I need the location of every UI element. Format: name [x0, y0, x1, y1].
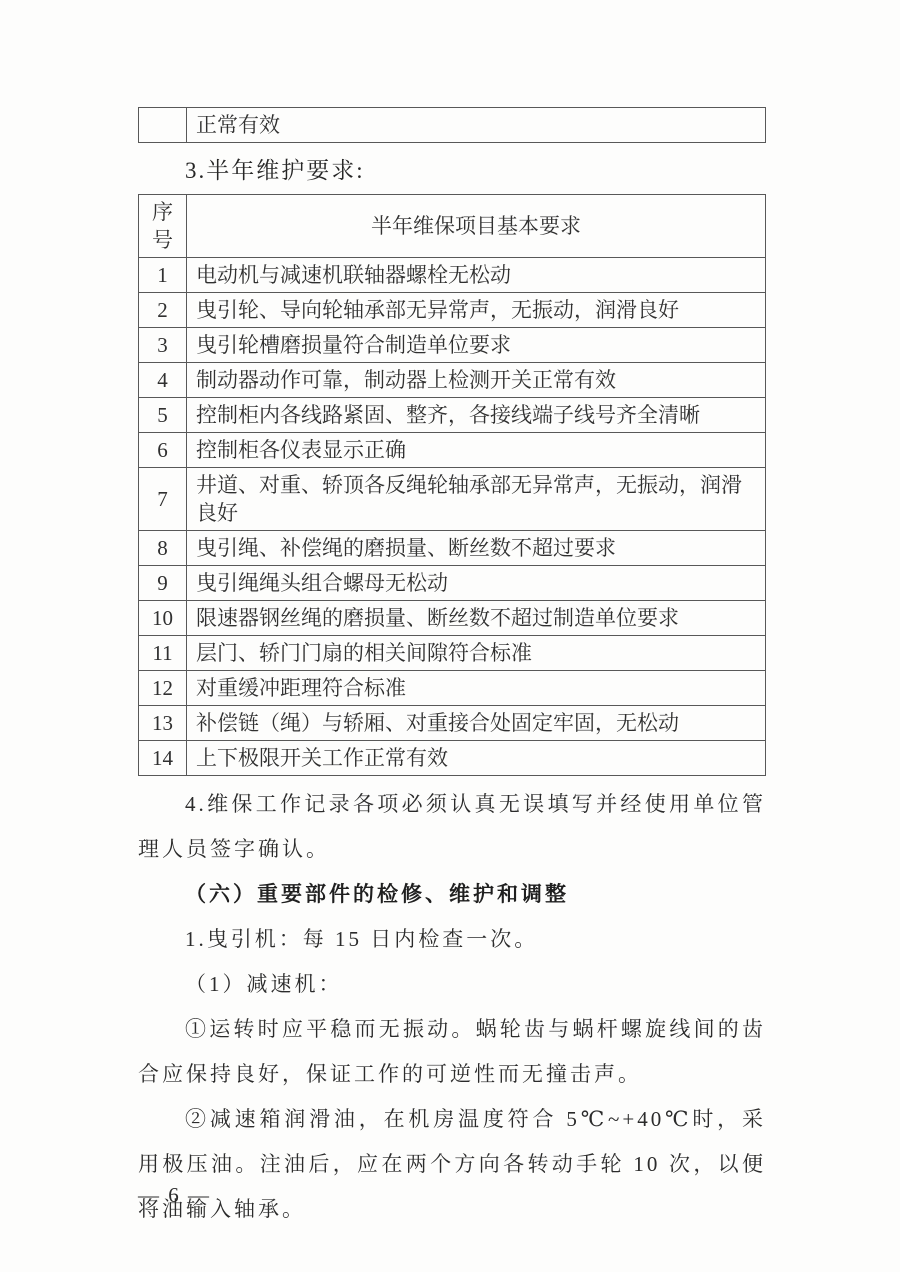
paragraph-item-2: ②减速箱润滑油，在机房温度符合 5℃~+40℃时，采用极压油。注油后，应在两个方… — [138, 1097, 766, 1232]
row-requirement: 层门、轿门门扇的相关间隙符合标准 — [187, 636, 766, 671]
row-number: 6 — [139, 433, 187, 468]
row-number: 4 — [139, 363, 187, 398]
header-requirement: 半年维保项目基本要求 — [187, 195, 766, 258]
row-requirement: 控制柜内各线路紧固、整齐，各接线端子线号齐全清晰 — [187, 398, 766, 433]
table-row: 3 曳引轮槽磨损量符合制造单位要求 — [139, 328, 766, 363]
table-row: 11 层门、轿门门扇的相关间隙符合标准 — [139, 636, 766, 671]
table-row: 9 曳引绳绳头组合螺母无松动 — [139, 566, 766, 601]
row-requirement: 控制柜各仪表显示正确 — [187, 433, 766, 468]
table-row: 5 控制柜内各线路紧固、整齐，各接线端子线号齐全清晰 — [139, 398, 766, 433]
row-number: 10 — [139, 601, 187, 636]
row-number: 5 — [139, 398, 187, 433]
row-number: 8 — [139, 531, 187, 566]
row-requirement: 曳引绳、补偿绳的磨损量、断丝数不超过要求 — [187, 531, 766, 566]
row-requirement: 上下极限开关工作正常有效 — [187, 741, 766, 776]
row-number: 7 — [139, 468, 187, 531]
row-number: 13 — [139, 706, 187, 741]
carryover-row: 正常有效 — [139, 108, 766, 143]
row-requirement: 井道、对重、轿顶各反绳轮轴承部无异常声，无振动，润滑良好 — [187, 468, 766, 531]
carryover-text-cell: 正常有效 — [187, 108, 766, 143]
section-heading: 3.半年维护要求: — [138, 143, 766, 194]
table-row: 6 控制柜各仪表显示正确 — [139, 433, 766, 468]
table-row: 2 曳引轮、导向轮轴承部无异常声，无振动，润滑良好 — [139, 293, 766, 328]
header-number: 序号 — [139, 195, 187, 258]
row-requirement: 电动机与减速机联轴器螺栓无松动 — [187, 258, 766, 293]
table-row: 12 对重缓冲距理符合标准 — [139, 671, 766, 706]
row-number: 3 — [139, 328, 187, 363]
row-requirement: 曳引绳绳头组合螺母无松动 — [187, 566, 766, 601]
requirements-table: 序号 半年维保项目基本要求 1 电动机与减速机联轴器螺栓无松动 2 曳引轮、导向… — [138, 194, 766, 776]
table-header-row: 序号 半年维保项目基本要求 — [139, 195, 766, 258]
row-requirement: 限速器钢丝绳的磨损量、断丝数不超过制造单位要求 — [187, 601, 766, 636]
page-content: 正常有效 3.半年维护要求: 序号 半年维保项目基本要求 1 电动机与减速机联轴… — [138, 107, 766, 1232]
row-number: 9 — [139, 566, 187, 601]
paragraph-reducer-label: （1）减速机： — [138, 962, 766, 1007]
carryover-table: 正常有效 — [138, 107, 766, 143]
row-requirement: 曳引轮、导向轮轴承部无异常声，无振动，润滑良好 — [187, 293, 766, 328]
table-row: 10 限速器钢丝绳的磨损量、断丝数不超过制造单位要求 — [139, 601, 766, 636]
table-row: 14 上下极限开关工作正常有效 — [139, 741, 766, 776]
table-row: 7 井道、对重、轿顶各反绳轮轴承部无异常声，无振动，润滑良好 — [139, 468, 766, 531]
table-row: 13 补偿链（绳）与轿厢、对重接合处固定牢固，无松动 — [139, 706, 766, 741]
row-requirement: 补偿链（绳）与轿厢、对重接合处固定牢固，无松动 — [187, 706, 766, 741]
table-row: 8 曳引绳、补偿绳的磨损量、断丝数不超过要求 — [139, 531, 766, 566]
table-row: 4 制动器动作可靠，制动器上检测开关正常有效 — [139, 363, 766, 398]
body-text: 4.维保工作记录各项必须认真无误填写并经使用单位管理人员签字确认。 （六）重要部… — [138, 782, 766, 1232]
row-number: 2 — [139, 293, 187, 328]
row-requirement: 曳引轮槽磨损量符合制造单位要求 — [187, 328, 766, 363]
paragraph-traction-machine: 1.曳引机：每 15 日内检查一次。 — [138, 917, 766, 962]
row-requirement: 制动器动作可靠，制动器上检测开关正常有效 — [187, 363, 766, 398]
row-number: 12 — [139, 671, 187, 706]
page-number: — 6 — — [138, 1183, 211, 1208]
heading-section-six: （六）重要部件的检修、维护和调整 — [138, 872, 766, 917]
row-requirement: 对重缓冲距理符合标准 — [187, 671, 766, 706]
document-page: 正常有效 3.半年维护要求: 序号 半年维保项目基本要求 1 电动机与减速机联轴… — [0, 0, 900, 1272]
table-row: 1 电动机与减速机联轴器螺栓无松动 — [139, 258, 766, 293]
row-number: 14 — [139, 741, 187, 776]
paragraph-item-1: ①运转时应平稳而无振动。蜗轮齿与蜗杆螺旋线间的齿合应保持良好，保证工作的可逆性而… — [138, 1007, 766, 1097]
row-number: 1 — [139, 258, 187, 293]
paragraph-maintenance-record: 4.维保工作记录各项必须认真无误填写并经使用单位管理人员签字确认。 — [138, 782, 766, 872]
row-number: 11 — [139, 636, 187, 671]
carryover-number-cell — [139, 108, 187, 143]
